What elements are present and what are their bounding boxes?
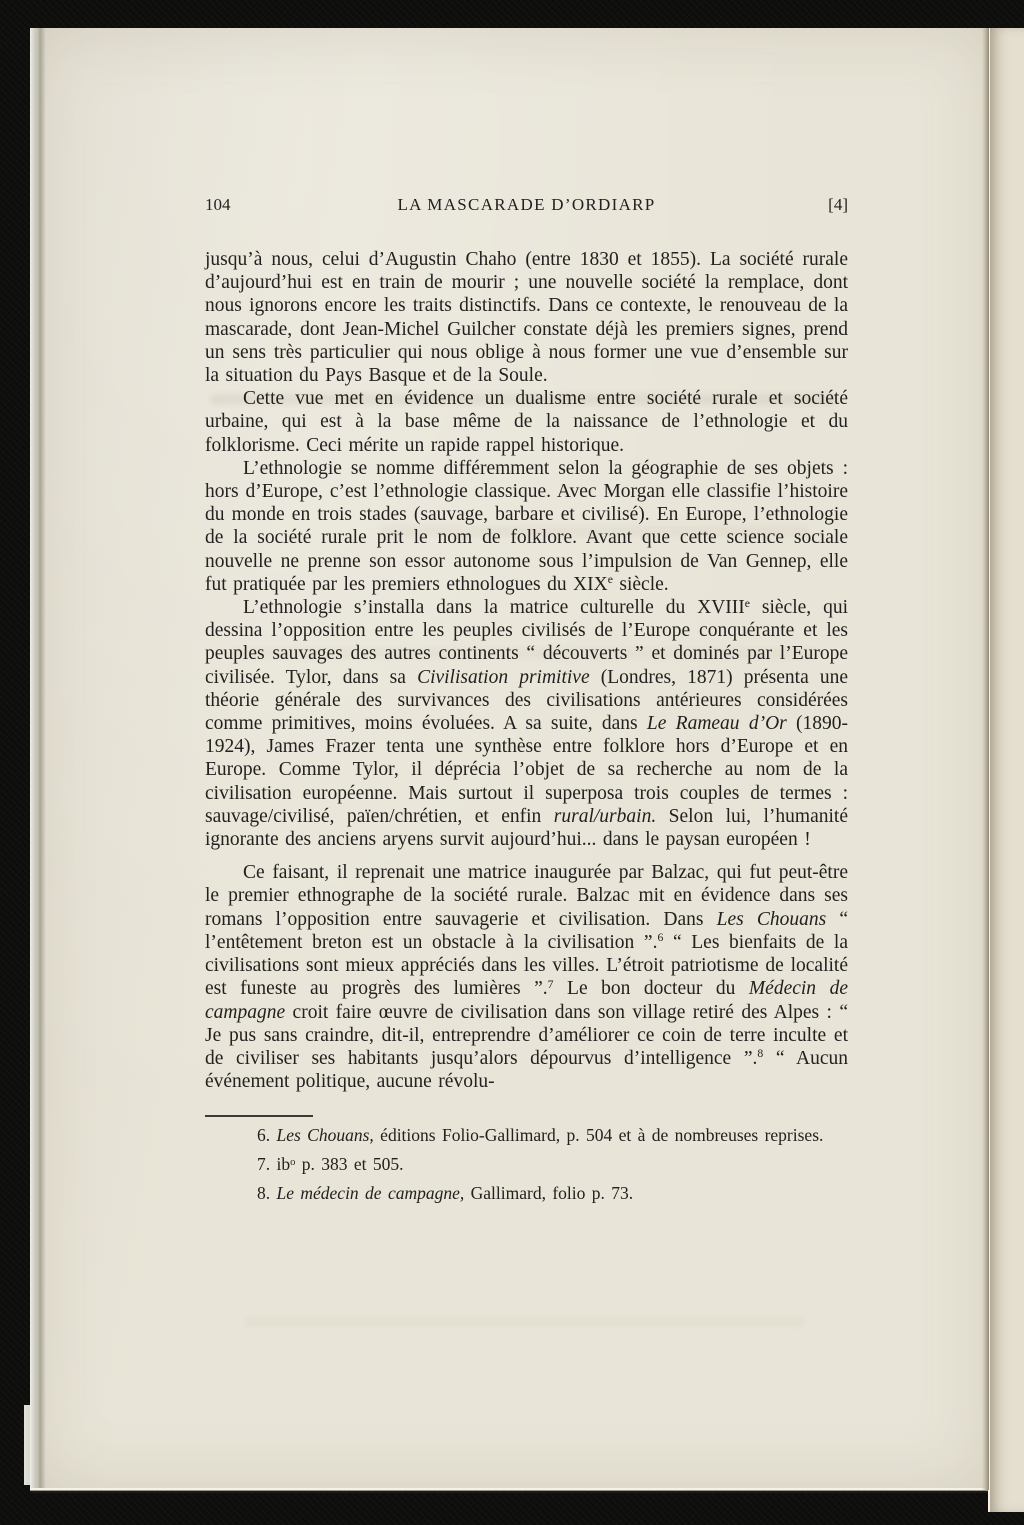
body-paragraph: Ce faisant, il reprenait une matrice ina… bbox=[205, 861, 848, 1093]
text-run: 8. bbox=[257, 1183, 277, 1203]
ink-bleedthrough-smudge bbox=[245, 1316, 805, 1327]
footnote-separator-rule bbox=[205, 1115, 313, 1117]
footnotes: 6. Les Chouans, éditions Folio-Gallimard… bbox=[205, 1125, 848, 1204]
text-run: Cette vue met en évidence un dualisme en… bbox=[205, 388, 848, 455]
book-page: 104 LA MASCARADE D’ORDIARP [4] jusqu’à n… bbox=[30, 28, 988, 1490]
text-run: 6. bbox=[257, 1125, 277, 1145]
superscript-marker: e bbox=[745, 597, 750, 610]
superscript-marker: o bbox=[290, 1157, 295, 1168]
text-run: L’ethnologie s’installa dans la matrice … bbox=[243, 597, 745, 618]
text-run: Le bon docteur du bbox=[554, 978, 749, 999]
running-title: LA MASCARADE D’ORDIARP bbox=[205, 195, 848, 215]
footnote: 7. ibo p. 383 et 505. bbox=[257, 1154, 848, 1175]
italic-text: Les Chouans, bbox=[277, 1125, 374, 1145]
scanned-book-photo: 104 LA MASCARADE D’ORDIARP [4] jusqu’à n… bbox=[0, 0, 1024, 1525]
footnote: 6. Les Chouans, éditions Folio-Gallimard… bbox=[257, 1125, 848, 1146]
section-marker: [4] bbox=[828, 195, 848, 215]
body-paragraph: L’ethnologie se nomme différemment selon… bbox=[205, 457, 848, 596]
page-fold-crease bbox=[982, 28, 989, 1490]
text-run: L’ethnologie se nomme différemment selon… bbox=[205, 458, 848, 595]
italic-text: Civilisation primitive bbox=[417, 667, 590, 688]
italic-text: rural/urbain. bbox=[554, 806, 656, 827]
page-text-block: 104 LA MASCARADE D’ORDIARP [4] jusqu’à n… bbox=[205, 195, 848, 1204]
body-text: jusqu’à nous, celui d’Augustin Chaho (en… bbox=[205, 248, 848, 1093]
italic-text: Le médecin de campagne, bbox=[277, 1183, 465, 1203]
text-run: croit faire œuvre de civilisation dans s… bbox=[205, 1002, 848, 1069]
text-run: éditions Folio-Gallimard, p. 504 et à de… bbox=[374, 1125, 824, 1145]
superscript-marker: 6 bbox=[657, 931, 663, 944]
text-run: p. 383 et 505. bbox=[295, 1154, 403, 1174]
text-run: siècle. bbox=[613, 574, 669, 595]
superscript-marker: 8 bbox=[757, 1047, 763, 1060]
text-run: jusqu’à nous, celui d’Augustin Chaho (en… bbox=[205, 249, 848, 386]
body-paragraph: jusqu’à nous, celui d’Augustin Chaho (en… bbox=[205, 248, 848, 387]
body-paragraph: L’ethnologie s’installa dans la matrice … bbox=[205, 596, 848, 851]
superscript-marker: e bbox=[608, 573, 613, 586]
footnote: 8. Le médecin de campagne, Gallimard, fo… bbox=[257, 1183, 848, 1204]
italic-text: Les Chouans bbox=[717, 909, 827, 930]
body-paragraph: Cette vue met en évidence un dualisme en… bbox=[205, 387, 848, 457]
italic-text: Le Rameau d’Or bbox=[647, 713, 787, 734]
text-run: Gallimard, folio p. 73. bbox=[464, 1183, 633, 1203]
text-run: 7. ib bbox=[257, 1154, 290, 1174]
superscript-marker: 7 bbox=[548, 978, 554, 991]
adjacent-page-edge bbox=[988, 28, 1024, 1512]
running-head: 104 LA MASCARADE D’ORDIARP [4] bbox=[205, 195, 848, 217]
